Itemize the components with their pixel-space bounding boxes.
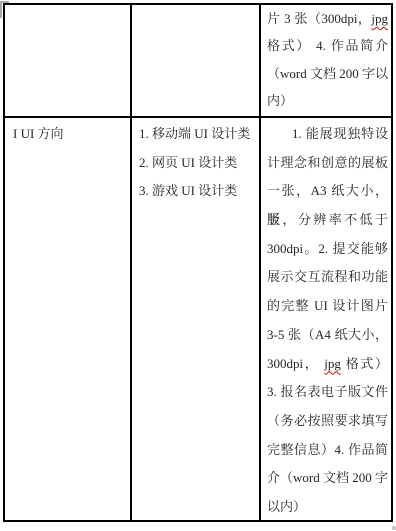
text-line: （务必按照要求填写 [267,407,388,436]
cell-r2-category: I UI 方向 [5,118,132,520]
cell-r2-requirements: 1. 能展现独特设 计理念和创意的展板 一张，A3 纸大小，竖 版，分辨率不低于… [261,118,391,520]
text-line: 以内） [267,493,388,520]
text-line: 版，分辨率不低于 [267,206,388,235]
text-line: （word 文档 200 字以 [267,60,388,87]
cell-r1-category [5,5,132,118]
text-line: 介（word 文档 200 字 [267,464,388,493]
submission-requirements-table: 片 3 张（300dpi，jpg 格式） 4. 作品简介 （word 文档 20… [3,3,393,522]
table-resize-handle[interactable] [392,526,396,530]
handle-mark-vertical [0,1,2,18]
text-line: 展示交互流程和功能 [267,263,388,292]
text-line: 完整信息）4. 作品简 [267,436,388,465]
text-line: 1. 能展现独特设 [267,120,388,149]
text-line: 一张，A3 纸大小，竖 [267,177,388,206]
category-label: I UI 方向 [13,120,126,149]
text-segment: 300dpi， [267,356,324,371]
cell-r1-subcategories [132,5,261,118]
text-line: 300dpi。2. 提交能够 [267,235,388,264]
text-line: 格式） 4. 作品简介 [267,32,388,59]
list-item: 2. 网页 UI 设计类 [139,149,255,178]
text-line: 计理念和创意的展板 [267,149,388,178]
text-line: 片 3 张（300dpi，jpg [267,5,388,32]
text-segment: 格式） [341,356,388,371]
text-line: 3-5 张（A4 纸大小， [267,321,388,350]
text-line: 3. 报名表电子版文件 [267,378,388,407]
cell-r1-requirements: 片 3 张（300dpi，jpg 格式） 4. 作品简介 （word 文档 20… [261,5,391,118]
text-line: 的完整 UI 设计图片 [267,292,388,321]
cell-r2-subcategories: 1. 移动端 UI 设计类 2. 网页 UI 设计类 3. 游戏 UI 设计类 [132,118,261,520]
text-segment: 片 3 张（300dpi， [267,11,371,26]
text-line: 内） [267,87,388,114]
misspelled-word-jpg: jpg [371,11,388,26]
list-item: 1. 移动端 UI 设计类 [139,120,255,149]
misspelled-word-jpg: jpg [324,356,341,371]
list-item: 3. 游戏 UI 设计类 [139,177,255,206]
text-line: 300dpi， jpg 格式） [267,350,388,379]
